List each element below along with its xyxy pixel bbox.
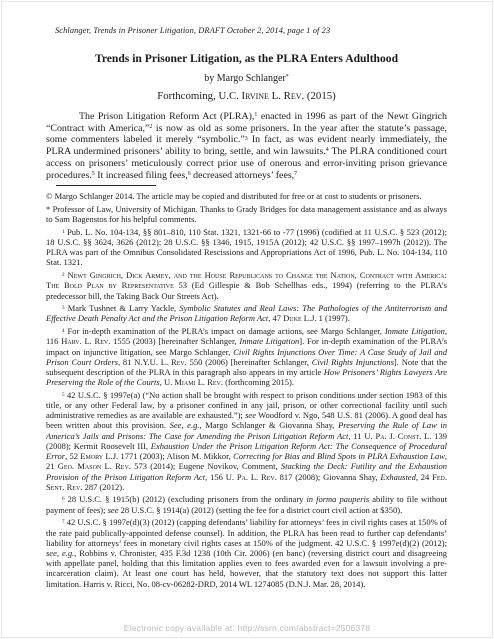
footnotes-section: © Margo Schlanger 2014. The article may …	[46, 191, 447, 589]
footnote-author-star: * Professor of Law, University of Michig…	[46, 204, 447, 224]
running-head: Schlanger, Trends in Prisoner Litigation…	[55, 26, 447, 36]
footnote-3: 3 Mark Tushnet & Larry Yackle, Symbolic …	[46, 303, 447, 323]
footnote-2: 2 Newt Gingrich, Dick Armey, and the Hou…	[46, 270, 447, 301]
footnote-7: 7 42 U.S.C. § 1997e(d)(3) (2012) (cappin…	[46, 517, 447, 588]
footnote-copyright: © Margo Schlanger 2014. The article may …	[46, 191, 447, 201]
ssrn-footer-link[interactable]: Electronic copy available at: http://ssr…	[0, 623, 494, 633]
footnote-5: 5 42 U.S.C. § 1997e(a) (“No action shall…	[46, 390, 447, 492]
scanned-paper-page: Schlanger, Trends in Prisoner Litigation…	[0, 0, 494, 639]
footnote-6: 6 28 U.S.C. § 1915(b) (2012) (excluding …	[46, 494, 447, 514]
footnote-1: 1 Pub. L. No. 104-134, §§ 801–810, 110 S…	[46, 227, 447, 268]
byline: by Margo Schlanger*	[46, 73, 447, 85]
footnote-4: 4 For in-depth examination of the PLRA’s…	[46, 326, 447, 387]
forthcoming-line: Forthcoming, U.C. Irvine L. Rev. (2015)	[46, 90, 447, 103]
footnote-separator	[56, 185, 156, 186]
body-paragraph: The Prison Litigation Reform Act (PLRA),…	[46, 111, 447, 181]
page-title: Trends in Prisoner Litigation, as the PL…	[46, 52, 447, 65]
